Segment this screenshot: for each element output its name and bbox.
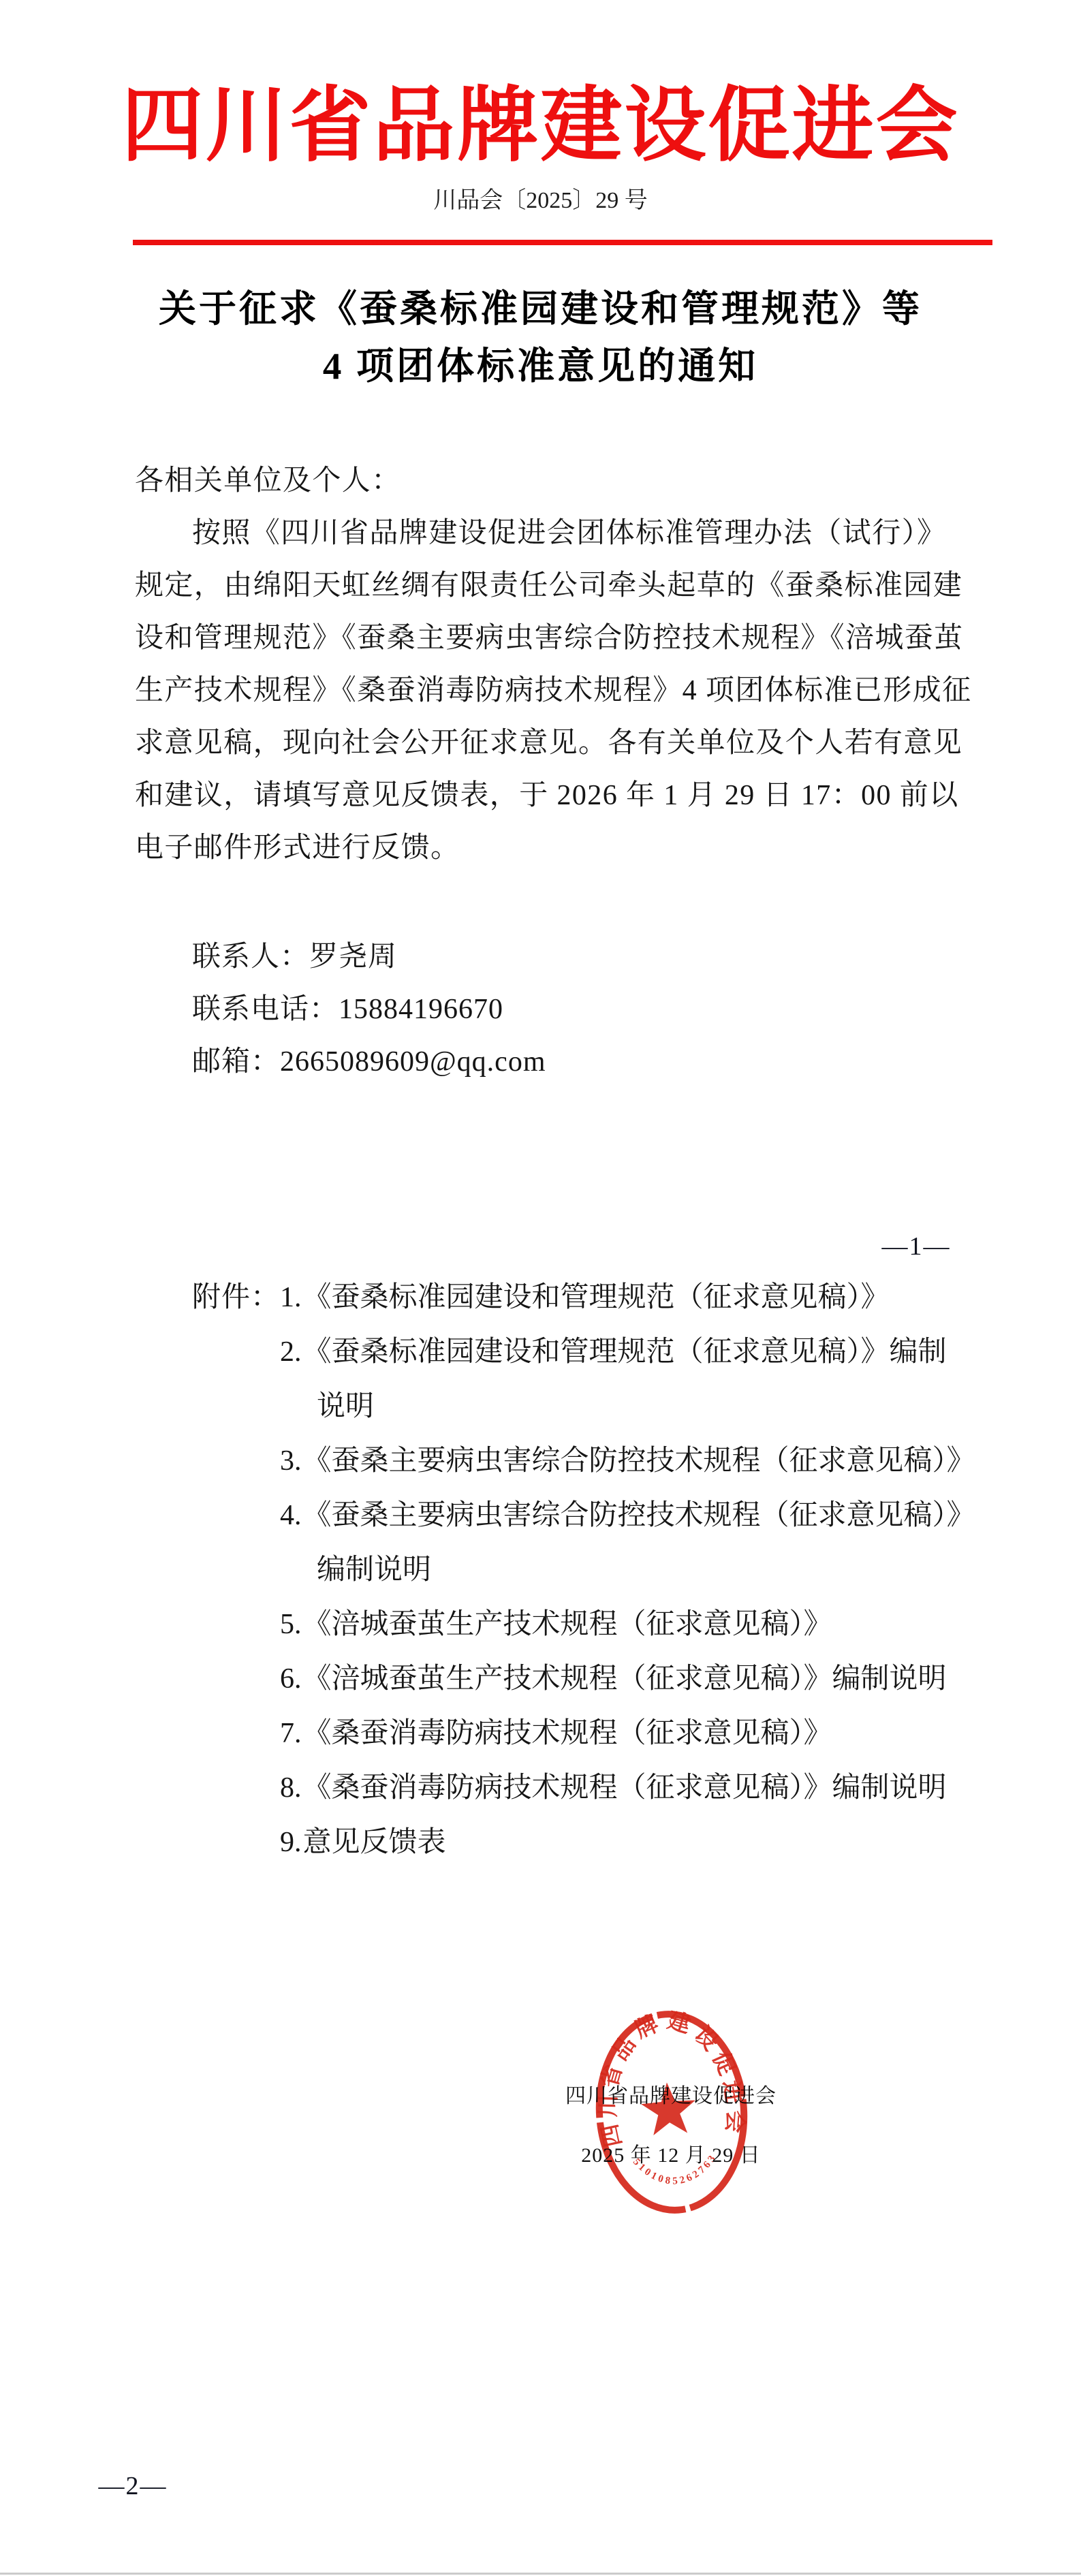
contact-email: 邮箱：2665089609@qq.com [192,1036,546,1088]
attachment-text: 意见反馈表 [303,1827,446,1858]
attachment-item: 1.《蚕桑标准园建设和管理规范（征求意见稿）》 [280,1270,975,1325]
document-number: 川品会〔2025〕29 号 [0,184,1081,218]
attachment-item-continuation: 说明 [280,1379,975,1434]
attachment-number: 7. [280,1706,303,1761]
attachment-text: 《蚕桑标准园建设和管理规范（征求意见稿）》编制 [303,1336,947,1368]
attachments-list: 1.《蚕桑标准园建设和管理规范（征求意见稿）》 2.《蚕桑标准园建设和管理规范（… [280,1270,975,1870]
bottom-border-line [0,2573,1081,2575]
notice-title-line-1: 关于征求《蚕桑标准园建设和管理规范》等 [0,281,1081,338]
red-divider-line [133,240,992,245]
notice-body: 各相关单位及个人： 按照《四川省品牌建设促进会团体标准管理办法（试行）》 规定，… [135,455,1010,875]
attachment-number: 9. [280,1815,303,1870]
attachment-text: 《桑蚕消毒防病技术规程（征求意见稿）》 [303,1718,832,1749]
page-number-1: —1— [848,1231,984,1262]
attachment-text: 《涪城蚕茧生产技术规程（征求意见稿）》编制说明 [303,1663,947,1695]
body-line: 生产技术规程》《桑蚕消毒防病技术规程》4 项团体标准已形成征 [135,665,1010,717]
body-line: 电子邮件形式进行反馈。 [135,822,1010,875]
attachment-number: 5. [280,1597,303,1652]
attachment-text: 《蚕桑标准园建设和管理规范（征求意见稿）》 [303,1282,890,1313]
attachment-number: 8. [280,1761,303,1815]
attachments-label: 附件： [192,1270,280,1325]
attachment-item: 8.《桑蚕消毒防病技术规程（征求意见稿）》编制说明 [280,1761,975,1815]
attachment-number: 3. [280,1434,303,1488]
attachment-text: 《蚕桑主要病虫害综合防控技术规程（征求意见稿）》 [303,1445,975,1477]
body-line: 和建议，请填写意见反馈表，于 2026 年 1 月 29 日 17：00 前以 [135,770,1010,822]
attachment-item: 2.《蚕桑标准园建设和管理规范（征求意见稿）》编制 [280,1325,975,1379]
document-page: 四川省品牌建设促进会 川品会〔2025〕29 号 关于征求《蚕桑标准园建设和管理… [0,0,1081,2576]
contact-person: 联系人：罗尧周 [192,931,546,984]
stamp-arc-text: 四川省品牌建设促进会 [589,2003,750,2150]
attachment-item: 5.《涪城蚕茧生产技术规程（征求意见稿）》 [280,1597,975,1652]
body-line: 按照《四川省品牌建设促进会团体标准管理办法（试行）》 [135,507,1010,560]
attachment-number: 2. [280,1325,303,1379]
attachment-text: 《蚕桑主要病虫害综合防控技术规程（征求意见稿）》 [303,1500,975,1531]
signature-org: 四川省品牌建设促进会 [531,2079,811,2114]
attachment-item: 3.《蚕桑主要病虫害综合防控技术规程（征求意见稿）》 [280,1434,975,1488]
attachment-item: 6.《涪城蚕茧生产技术规程（征求意见稿）》编制说明 [280,1652,975,1706]
notice-title: 关于征求《蚕桑标准园建设和管理规范》等 4 项团体标准意见的通知 [0,281,1081,395]
signature-date: 2025 年 12 月 29 日 [531,2139,811,2173]
attachment-text: 《涪城蚕茧生产技术规程（征求意见稿）》 [303,1609,832,1640]
attachment-number: 6. [280,1652,303,1706]
body-line: 设和管理规范》《蚕桑主要病虫害综合防控技术规程》《涪城蚕茧 [135,612,1010,665]
attachment-text: 编制说明 [317,1554,431,1586]
attachment-number: 4. [280,1488,303,1543]
page-number-2: —2— [65,2470,201,2502]
attachment-number: 1. [280,1270,303,1325]
contact-phone: 联系电话：15884196670 [192,984,546,1036]
attachment-item: 9.意见反馈表 [280,1815,975,1870]
attachment-item: 7.《桑蚕消毒防病技术规程（征求意见稿）》 [280,1706,975,1761]
body-line: 规定，由绵阳天虹丝绸有限责任公司牵头起草的《蚕桑标准园建 [135,560,1010,612]
contact-info: 联系人：罗尧周 联系电话：15884196670 邮箱：2665089609@q… [192,931,546,1088]
salutation: 各相关单位及个人： [135,455,1010,507]
attachment-item: 4.《蚕桑主要病虫害综合防控技术规程（征求意见稿）》 [280,1488,975,1543]
issuing-org-title: 四川省品牌建设促进会 [0,76,1081,176]
notice-title-line-2: 4 项团体标准意见的通知 [0,338,1081,395]
attachment-text: 说明 [317,1391,374,1422]
attachment-text: 《桑蚕消毒防病技术规程（征求意见稿）》编制说明 [303,1772,947,1804]
attachment-item-continuation: 编制说明 [280,1543,975,1597]
body-line: 求意见稿，现向社会公开征求意见。各有关单位及个人若有意见 [135,717,1010,770]
